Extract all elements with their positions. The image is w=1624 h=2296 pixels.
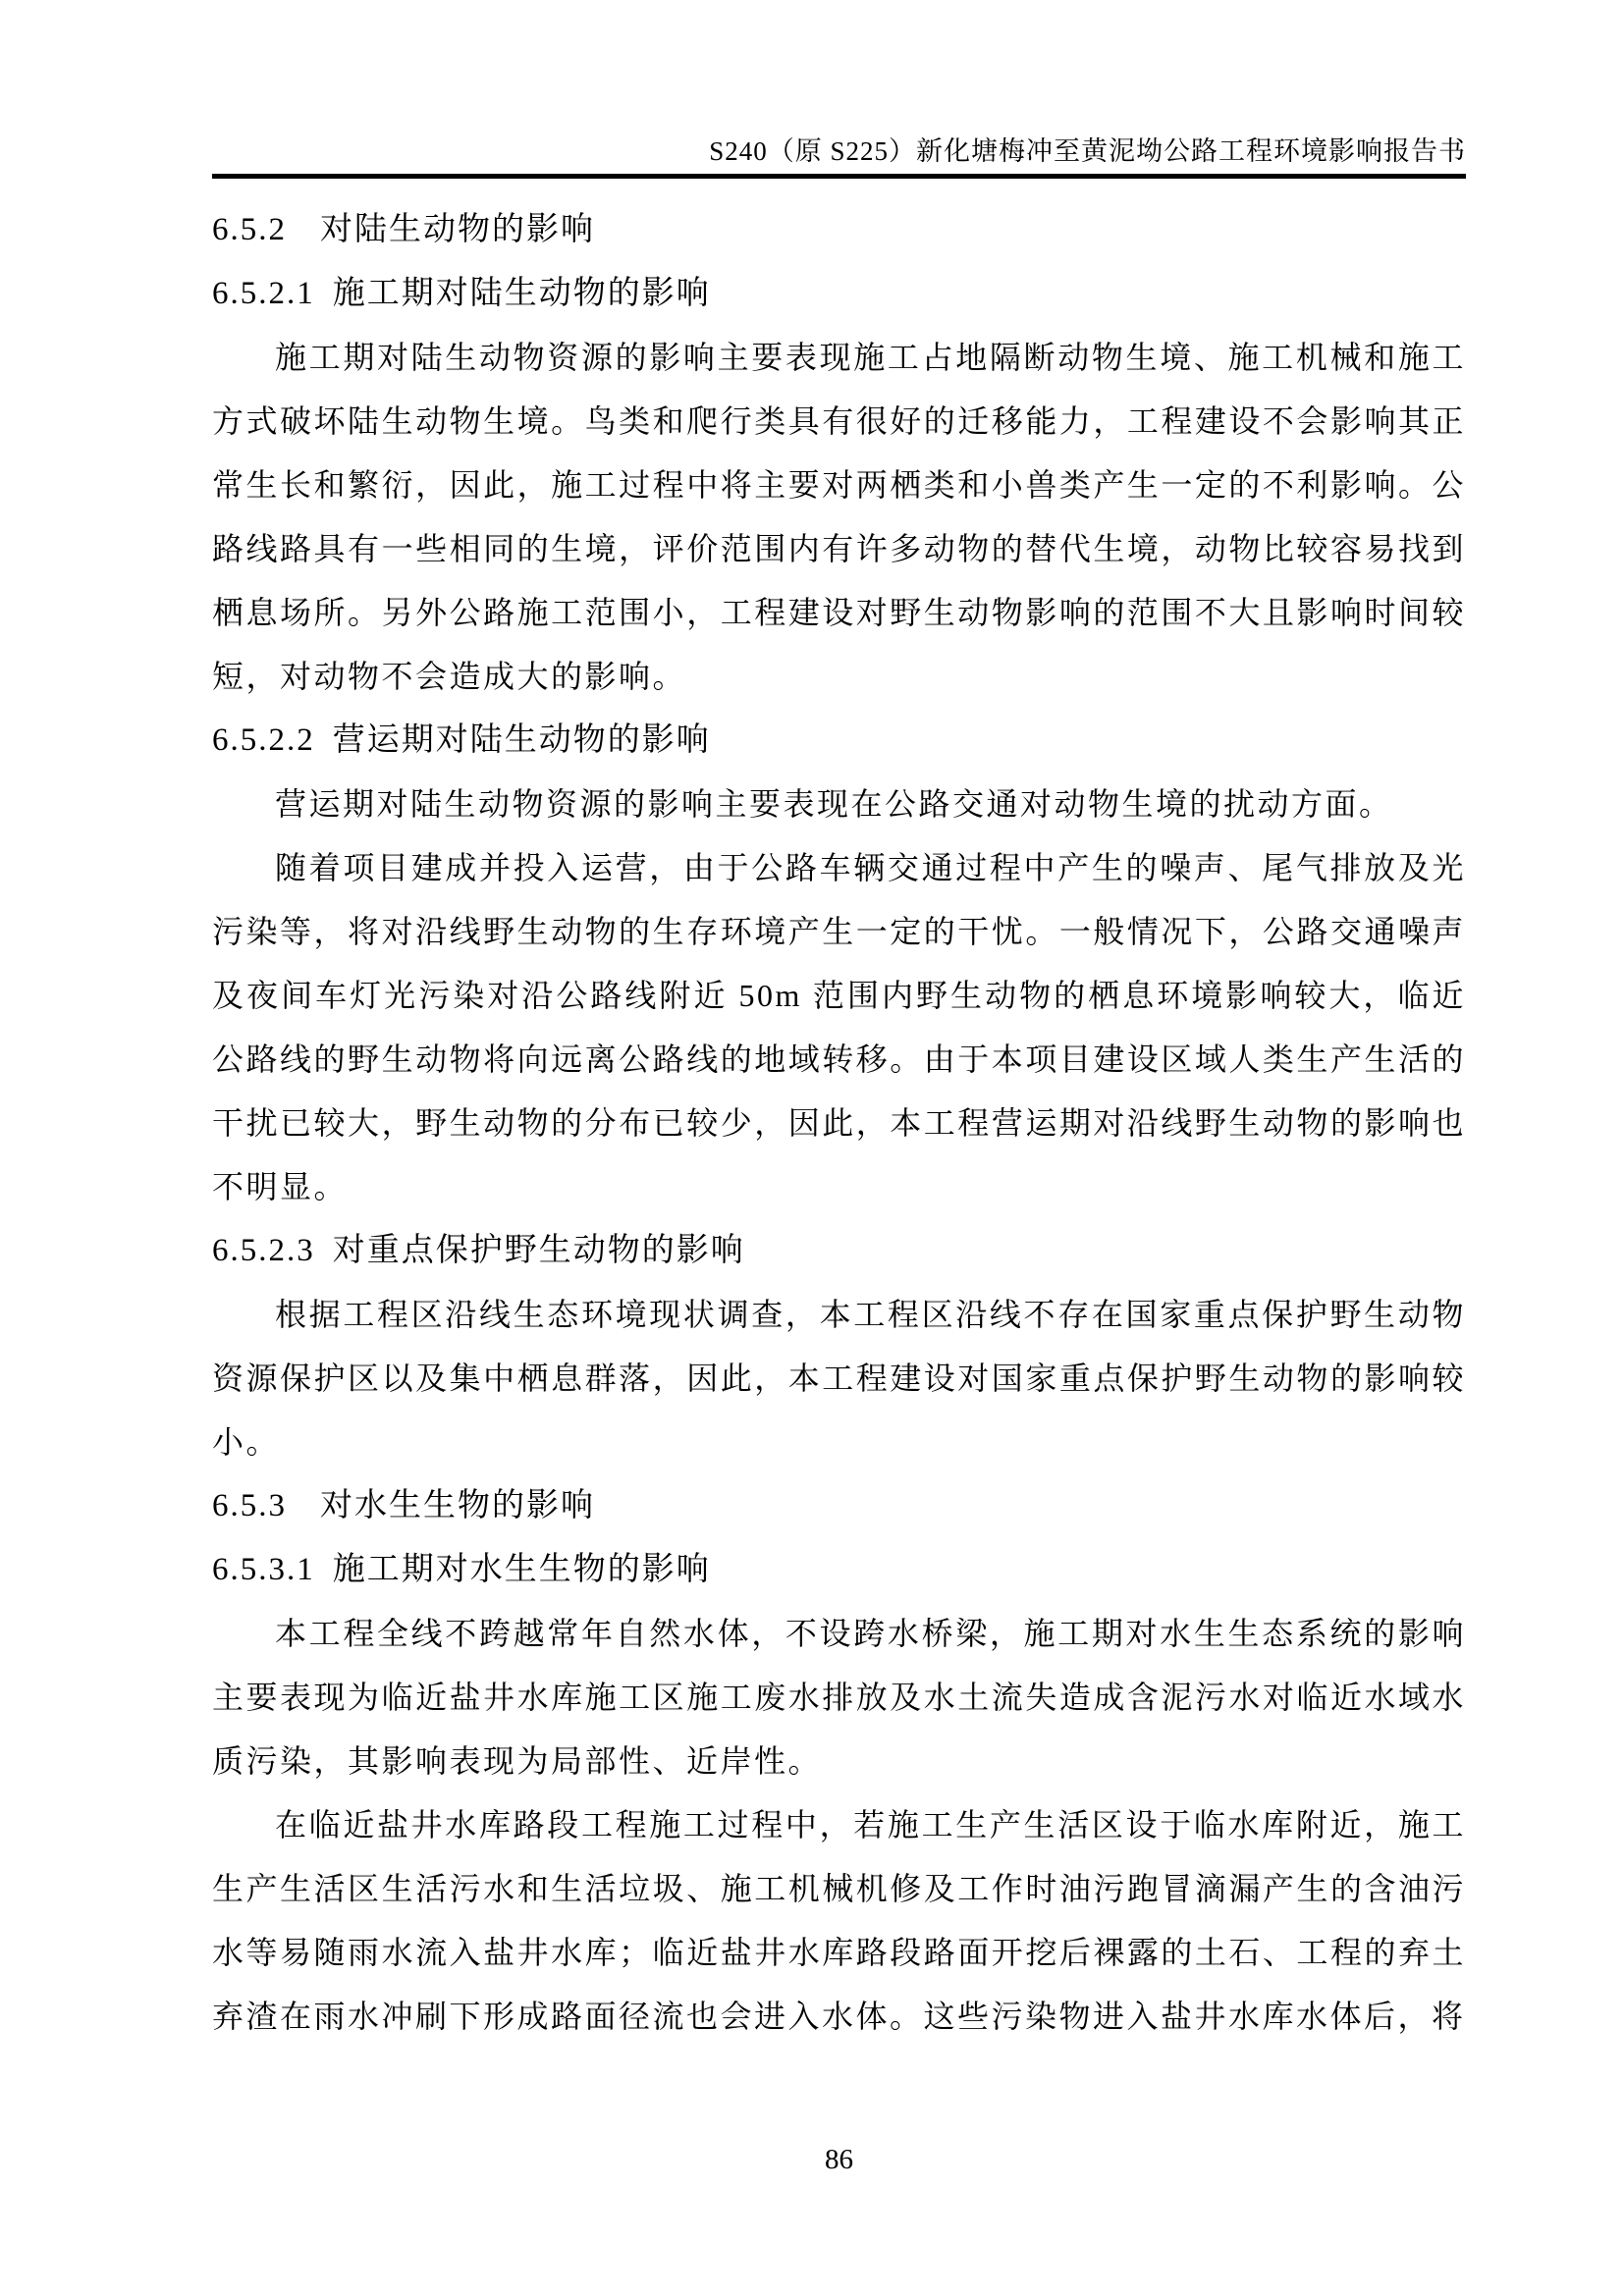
section-heading-6-5-3-1: 6.5.3.1施工期对水生生物的影响 xyxy=(212,1538,1466,1602)
section-heading-6-5-3: 6.5.3对水生生物的影响 xyxy=(212,1474,1466,1538)
paragraph-operation-detail: 随着项目建成并投入运营，由于公路车辆交通过程中产生的噪声、尾气排放及光污染等，将… xyxy=(212,836,1466,1219)
paragraph-construction-impact: 施工期对陆生动物资源的影响主要表现施工占地隔断动物生境、施工机械和施工方式破坏陆… xyxy=(212,326,1466,709)
header-title: S240（原 S225）新化塘梅冲至黄泥坳公路工程环境影响报告书 xyxy=(709,136,1466,166)
paragraph-operation-summary: 营运期对陆生动物资源的影响主要表现在公路交通对动物生境的扰动方面。 xyxy=(212,773,1466,836)
report-page: S240（原 S225）新化塘梅冲至黄泥坳公路工程环境影响报告书 6.5.2对陆… xyxy=(0,0,1624,2296)
paragraph-aquatic-summary: 本工程全线不跨越常年自然水体，不设跨水桥梁，施工期对水生生态系统的影响主要表现为… xyxy=(212,1602,1466,1793)
section-number: 6.5.2.2 xyxy=(212,722,315,758)
section-title: 营运期对陆生动物的影响 xyxy=(333,722,711,758)
section-title: 对重点保护野生动物的影响 xyxy=(333,1233,745,1268)
section-heading-6-5-2-1: 6.5.2.1施工期对陆生动物的影响 xyxy=(212,262,1466,326)
section-title: 对水生生物的影响 xyxy=(320,1488,595,1523)
section-title: 施工期对水生生物的影响 xyxy=(333,1552,711,1587)
paragraph-protected-wildlife: 根据工程区沿线生态环境现状调查，本工程区沿线不存在国家重点保护野生动物资源保护区… xyxy=(212,1283,1466,1474)
section-number: 6.5.3.1 xyxy=(212,1552,315,1587)
section-heading-6-5-2: 6.5.2对陆生动物的影响 xyxy=(212,198,1466,262)
section-title: 对陆生动物的影响 xyxy=(320,212,595,247)
paragraph-reservoir-pollution: 在临近盐井水库路段工程施工过程中，若施工生产生活区设于临水库附近，施工生产生活区… xyxy=(212,1793,1466,2049)
section-title: 施工期对陆生动物的影响 xyxy=(333,276,711,311)
section-heading-6-5-2-3: 6.5.2.3对重点保护野生动物的影响 xyxy=(212,1219,1466,1283)
running-header: S240（原 S225）新化塘梅冲至黄泥坳公路工程环境影响报告书 xyxy=(212,135,1466,179)
page-number: 86 xyxy=(212,2143,1466,2176)
section-number: 6.5.3 xyxy=(212,1488,287,1523)
content-column: S240（原 S225）新化塘梅冲至黄泥坳公路工程环境影响报告书 6.5.2对陆… xyxy=(212,0,1466,2049)
document-body: 6.5.2对陆生动物的影响 6.5.2.1施工期对陆生动物的影响 施工期对陆生动… xyxy=(212,198,1466,2049)
section-heading-6-5-2-2: 6.5.2.2营运期对陆生动物的影响 xyxy=(212,709,1466,773)
section-number: 6.5.2.3 xyxy=(212,1233,315,1268)
section-number: 6.5.2 xyxy=(212,212,287,247)
section-number: 6.5.2.1 xyxy=(212,276,315,311)
